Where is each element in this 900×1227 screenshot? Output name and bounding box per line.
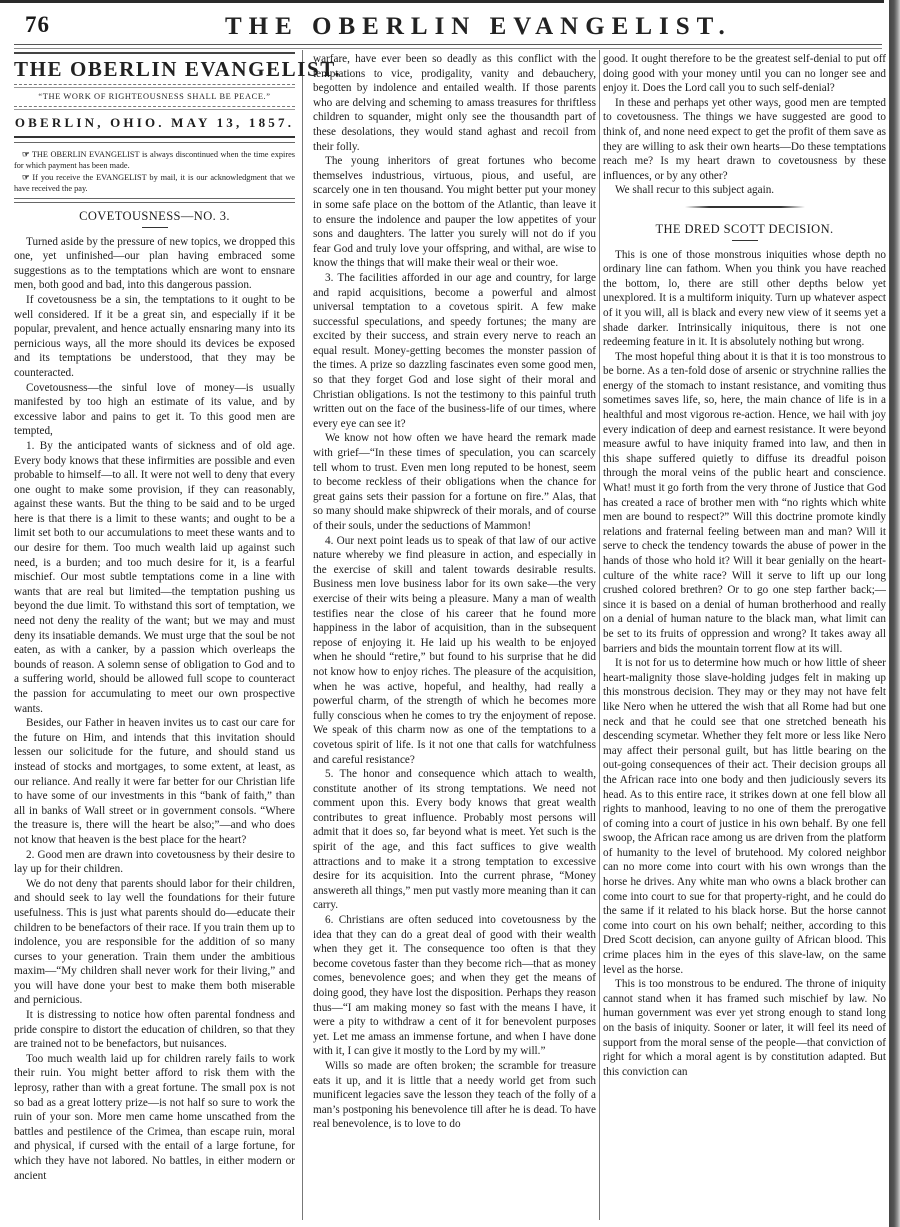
notice-text: If you receive the EVANGELIST by mail, i… bbox=[14, 173, 295, 193]
column-divider bbox=[302, 50, 303, 1220]
paragraph: Turned aside by the pressure of new topi… bbox=[14, 235, 295, 293]
running-header: 76 THE OBERLIN EVANGELIST. bbox=[0, 12, 884, 46]
header-rule bbox=[14, 44, 882, 49]
paragraph: It is not for us to determine how much o… bbox=[603, 656, 886, 977]
paragraph: Too much wealth laid up for children rar… bbox=[14, 1052, 295, 1183]
paragraph: The most hopeful thing about it is that … bbox=[603, 350, 886, 656]
pointing-hand-icon: ☞ bbox=[22, 150, 29, 159]
column-3: good. It ought therefore to be the great… bbox=[603, 52, 886, 1079]
paragraph: This is too monstrous to be endured. The… bbox=[603, 977, 886, 1079]
paragraph: We know not how often we have heard the … bbox=[313, 431, 596, 533]
paragraph: Wills so made are often broken; the scra… bbox=[313, 1059, 596, 1132]
paragraph: 4. Our next point leads us to speak of t… bbox=[313, 534, 596, 768]
paragraph: warfare, have ever been so deadly as thi… bbox=[313, 52, 596, 154]
masthead-motto: “THE WORK OF RIGHTEOUSNESS SHALL BE PEAC… bbox=[14, 90, 295, 104]
rule bbox=[14, 84, 295, 88]
rule bbox=[14, 136, 295, 143]
paragraph: If covetousness be a sin, the temptation… bbox=[14, 293, 295, 381]
paragraph: 2. Good men are drawn into covetousness … bbox=[14, 848, 295, 877]
paragraph: We shall recur to this subject again. bbox=[603, 183, 886, 198]
article-title-dred-scott: THE DRED SCOTT DECISION. bbox=[603, 222, 886, 237]
rule bbox=[732, 240, 758, 241]
column-1: THE OBERLIN EVANGELIST. “THE WORK OF RIG… bbox=[14, 52, 295, 1183]
paragraph: Covetousness—the sinful love of money—is… bbox=[14, 381, 295, 439]
paragraph: Besides, our Father in heaven invites us… bbox=[14, 716, 295, 847]
paragraph: 6. Christians are often seduced into cov… bbox=[313, 913, 596, 1059]
section-divider bbox=[685, 206, 805, 208]
article-title-covetousness: COVETOUSNESS—NO. 3. bbox=[14, 209, 295, 224]
paragraph: 3. The facilities afforded in our age an… bbox=[313, 271, 596, 432]
page-number: 76 bbox=[25, 12, 50, 38]
masthead-title: THE OBERLIN EVANGELIST. bbox=[14, 56, 295, 82]
dateline: OBERLIN, OHIO. MAY 13, 1857. bbox=[14, 112, 295, 134]
rule bbox=[142, 227, 168, 228]
paragraph: 1. By the anticipated wants of sickness … bbox=[14, 439, 295, 716]
masthead: THE OBERLIN EVANGELIST. “THE WORK OF RIG… bbox=[14, 52, 295, 203]
paragraph: The young inheritors of great fortunes w… bbox=[313, 154, 596, 271]
column-divider bbox=[599, 50, 600, 1220]
paragraph: 5. The honor and consequence which attac… bbox=[313, 767, 596, 913]
page-edge bbox=[886, 0, 900, 1227]
pointing-hand-icon: ☞ bbox=[22, 173, 29, 182]
top-border bbox=[0, 0, 884, 3]
paragraph: good. It ought therefore to be the great… bbox=[603, 52, 886, 96]
notice-text: THE OBERLIN EVANGELIST is always discont… bbox=[14, 150, 295, 170]
paragraph: This is one of those monstrous iniquitie… bbox=[603, 248, 886, 350]
paragraph: In these and perhaps yet other ways, goo… bbox=[603, 96, 886, 184]
column-2: warfare, have ever been so deadly as thi… bbox=[313, 52, 596, 1132]
rule bbox=[14, 198, 295, 203]
notice: ☞ THE OBERLIN EVANGELIST is always disco… bbox=[14, 149, 295, 171]
paragraph: We do not deny that parents should labor… bbox=[14, 877, 295, 1008]
notice: ☞ If you receive the EVANGELIST by mail,… bbox=[14, 172, 295, 194]
running-title: THE OBERLIN EVANGELIST. bbox=[225, 13, 732, 41]
rule bbox=[14, 106, 295, 110]
paragraph: It is distressing to notice how often pa… bbox=[14, 1008, 295, 1052]
